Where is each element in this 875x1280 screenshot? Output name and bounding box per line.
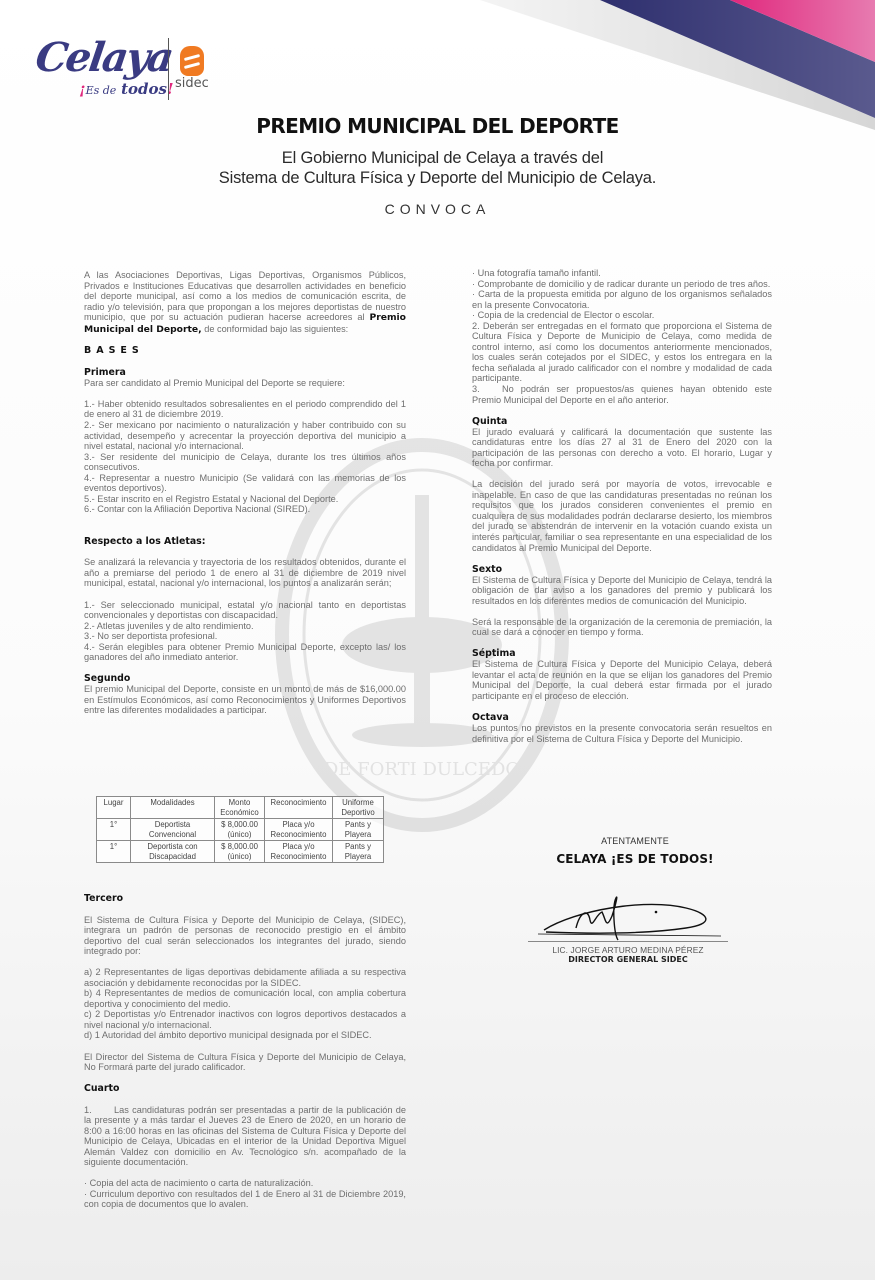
primera-item: 2.- Ser mexicano por nacimiento o natura… bbox=[84, 420, 406, 452]
section-segundo-heading: Segundo bbox=[84, 673, 406, 684]
primera-item: 4.- Representar a nuestro Municipio (Se … bbox=[84, 473, 406, 494]
bases-heading: BASES bbox=[84, 346, 406, 357]
cell-modalidad: Deportista Convencional bbox=[131, 819, 215, 841]
atletas-item: 4.- Serán elegibles para obtener Premio … bbox=[84, 642, 406, 663]
subtitle: El Gobierno Municipal de Celaya a través… bbox=[0, 148, 875, 188]
page-title: PREMIO MUNICIPAL DEL DEPORTE bbox=[0, 114, 875, 138]
tercero-item: c) 2 Deportistas y/o Entrenador inactivo… bbox=[84, 1009, 406, 1030]
tercero-item: b) 4 Representantes de medios de comunic… bbox=[84, 988, 406, 1009]
primera-lead: Para ser candidato al Premio Municipal d… bbox=[84, 378, 406, 389]
subtitle-line-2: Sistema de Cultura Física y Deporte del … bbox=[0, 168, 875, 188]
tercero-lead: El Sistema de Cultura Física y Deporte d… bbox=[84, 915, 406, 957]
sexto-text: El Sistema de Cultura Física y Deporte d… bbox=[472, 575, 772, 607]
quinta-text-2: La decisión del jurado será por mayoría … bbox=[472, 479, 772, 553]
closing-text: ATENTAMENTE bbox=[530, 836, 740, 846]
cell-uniforme: Pants y Playera bbox=[333, 841, 384, 863]
cell-lugar: 1° bbox=[97, 819, 131, 841]
convoca-heading: CONVOCA bbox=[0, 201, 875, 217]
signer-role: DIRECTOR GENERAL SIDEC bbox=[528, 955, 728, 964]
cuarto-point-3: 3.No podrán ser propuestos/as quienes ha… bbox=[472, 384, 772, 405]
table-row: 1° Deportista Convencional $ 8,000.00 (ú… bbox=[97, 819, 384, 841]
cell-monto: $ 8,000.00 (único) bbox=[215, 819, 265, 841]
cuarto-point-2: 2. Deberán ser entregadas en el formato … bbox=[472, 321, 772, 384]
atletas-item: 1.- Ser seleccionado municipal, estatal … bbox=[84, 600, 406, 621]
cell-reconocimiento: Placa y/o Reconocimiento bbox=[265, 841, 333, 863]
primera-item: 5.- Estar inscrito en el Registro Estata… bbox=[84, 494, 406, 505]
section-atletas-heading: Respecto a los Atletas: bbox=[84, 536, 406, 547]
right-column: · Una fotografía tamaño infantil. · Comp… bbox=[472, 268, 772, 744]
signature-line bbox=[528, 941, 728, 942]
left-column-lower: Tercero El Sistema de Cultura Física y D… bbox=[84, 893, 406, 1210]
logo-tagline: ¡Es de todos! bbox=[79, 80, 174, 98]
signer-name: LIC. JORGE ARTURO MEDINA PÉREZ bbox=[528, 945, 728, 955]
cuarto-doc: · Carta de la propuesta emitida por algu… bbox=[472, 289, 772, 310]
table-header-row: Lugar Modalidades Monto Económico Recono… bbox=[97, 797, 384, 819]
section-sexto-heading: Sexto bbox=[472, 564, 772, 575]
quinta-text: El jurado evaluará y calificará la docum… bbox=[472, 427, 772, 469]
col-lugar: Lugar bbox=[97, 797, 131, 819]
cuarto-doc: · Una fotografía tamaño infantil. bbox=[472, 268, 772, 279]
col-modalidades: Modalidades bbox=[131, 797, 215, 819]
septima-text: El Sistema de Cultura Física y Deporte d… bbox=[472, 659, 772, 701]
subtitle-line-1: El Gobierno Municipal de Celaya a través… bbox=[0, 148, 875, 168]
cuarto-doc: · Copia del acta de nacimiento o carta d… bbox=[84, 1178, 406, 1189]
sidec-logo-text: sidec bbox=[175, 76, 209, 91]
tercero-item: a) 2 Representantes de ligas deportivas … bbox=[84, 967, 406, 988]
section-tercero-heading: Tercero bbox=[84, 893, 406, 904]
primera-item: 6.- Contar con la Afiliación Deportiva N… bbox=[84, 504, 406, 515]
col-monto: Monto Económico bbox=[215, 797, 265, 819]
tercero-note: El Director del Sistema de Cultura Físic… bbox=[84, 1052, 406, 1073]
segundo-text: El premio Municipal del Deporte, consist… bbox=[84, 684, 406, 716]
logo-celaya-wordmark: Celaya bbox=[33, 34, 175, 81]
signoff: ATENTAMENTE CELAYA ¡ES DE TODOS! bbox=[530, 836, 740, 866]
sidec-logo-icon bbox=[180, 46, 204, 76]
left-column: A las Asociaciones Deportivas, Ligas Dep… bbox=[84, 270, 406, 716]
section-octava-heading: Octava bbox=[472, 712, 772, 723]
col-uniforme: Uniforme Deportivo bbox=[333, 797, 384, 819]
col-reconocimiento: Reconocimiento bbox=[265, 797, 333, 819]
slogan: CELAYA ¡ES DE TODOS! bbox=[530, 852, 740, 866]
section-cuarto-heading: Cuarto bbox=[84, 1083, 406, 1094]
cuarto-doc: · Copia de la credencial de Elector o es… bbox=[472, 310, 772, 321]
atletas-lead: Se analizará la relevancia y trayectoria… bbox=[84, 557, 406, 589]
cell-uniforme: Pants y Playera bbox=[333, 819, 384, 841]
cell-lugar: 1° bbox=[97, 841, 131, 863]
cell-modalidad: Deportista con Discapacidad bbox=[131, 841, 215, 863]
prize-table: Lugar Modalidades Monto Económico Recono… bbox=[96, 796, 384, 863]
cell-reconocimiento: Placa y/o Reconocimiento bbox=[265, 819, 333, 841]
table-row: 1° Deportista con Discapacidad $ 8,000.0… bbox=[97, 841, 384, 863]
tercero-item: d) 1 Autoridad del ámbito deportivo muni… bbox=[84, 1030, 406, 1041]
cuarto-point-1: 1.Las candidaturas podrán ser presentada… bbox=[84, 1105, 406, 1168]
octava-text: Los puntos no previstos en la presente c… bbox=[472, 723, 772, 744]
section-quinta-heading: Quinta bbox=[472, 416, 772, 427]
cuarto-doc: · Comprobante de domicilio y de radicar … bbox=[472, 279, 772, 290]
signature-image bbox=[536, 890, 726, 942]
primera-item: 1.- Haber obtenido resultados sobresalie… bbox=[84, 399, 406, 420]
intro-paragraph: A las Asociaciones Deportivas, Ligas Dep… bbox=[84, 270, 406, 335]
logo-divider bbox=[168, 38, 169, 100]
convocatoria-page: Celaya ¡Es de todos! sidec PREMIO MUNICI… bbox=[0, 0, 875, 1280]
primera-item: 3.- Ser residente del municipio de Celay… bbox=[84, 452, 406, 473]
atletas-item: 2.- Atletas juveniles y de alto rendimie… bbox=[84, 621, 406, 632]
section-septima-heading: Séptima bbox=[472, 648, 772, 659]
cell-monto: $ 8,000.00 (único) bbox=[215, 841, 265, 863]
atletas-item: 3.- No ser deportista profesional. bbox=[84, 631, 406, 642]
section-primera-heading: Primera bbox=[84, 367, 406, 378]
sexto-text-2: Será la responsable de la organización d… bbox=[472, 617, 772, 638]
svg-text:DE FORTI DULCEDO: DE FORTI DULCEDO bbox=[324, 759, 520, 780]
cuarto-doc: · Curriculum deportivo con resultados de… bbox=[84, 1189, 406, 1210]
